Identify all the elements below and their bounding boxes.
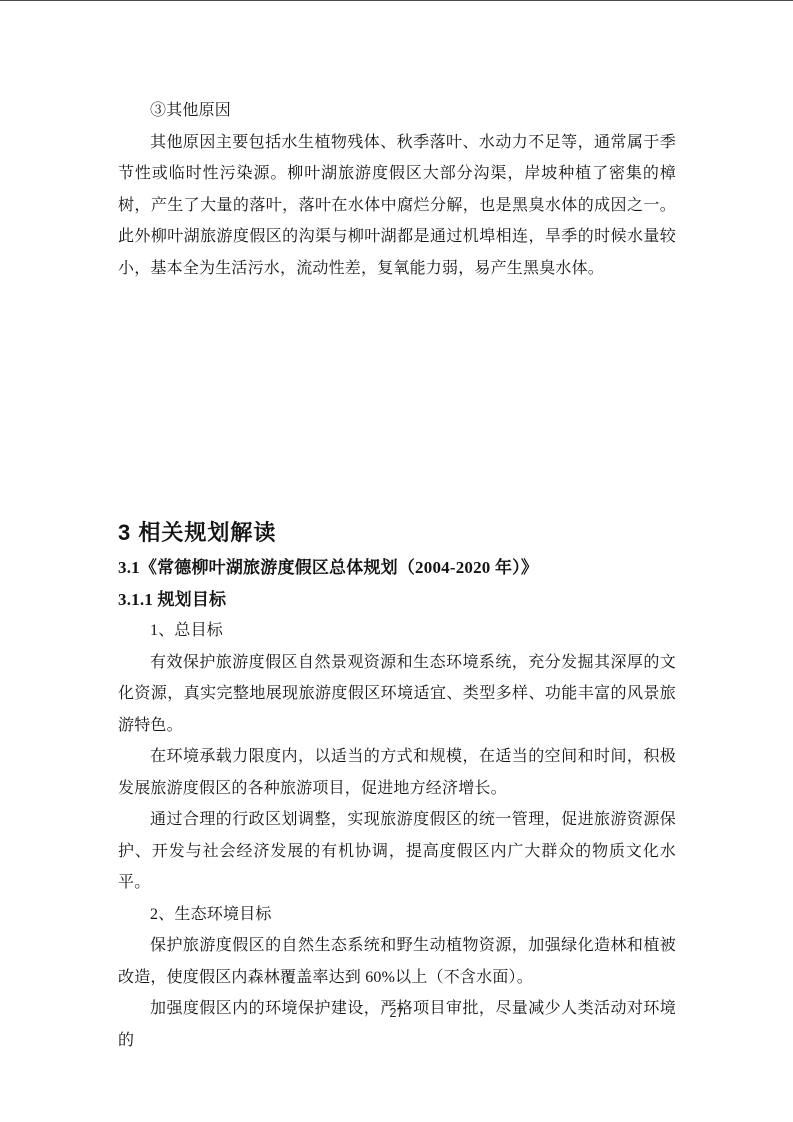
goal-1-paragraph-3: 通过合理的行政区划调整，实现旅游度假区的统一管理，促进旅游资源保护、开发与社会经… <box>118 804 676 899</box>
subheading-other-causes: ③其他原因 <box>118 95 676 127</box>
goal-1-label: 1、总目标 <box>118 615 676 647</box>
section-3-1-1-heading: 3.1.1 规划目标 <box>118 584 676 616</box>
goal-2-paragraph-2: 加强度假区内的环境保护建设，严格项目审批，尽量减少人类活动对环境的 <box>118 993 676 1056</box>
document-page: ③其他原因 其他原因主要包括水生植物残体、秋季落叶、水动力不足等，通常属于季节性… <box>0 0 793 1122</box>
goal-2-paragraph-1: 保护旅游度假区的自然生态系统和野生动植物资源，加强绿化造林和植被改造，使度假区内… <box>118 930 676 993</box>
paragraph-other-causes: 其他原因主要包括水生植物残体、秋季落叶、水动力不足等，通常属于季节性或临时性污染… <box>118 127 676 285</box>
page-top-edge-line <box>0 0 793 1</box>
page-content: ③其他原因 其他原因主要包括水生植物残体、秋季落叶、水动力不足等，通常属于季节性… <box>118 95 676 1056</box>
goal-1-paragraph-2: 在环境承载力限度内，以适当的方式和规模，在适当的空间和时间，积极发展旅游度假区的… <box>118 741 676 804</box>
goal-1-paragraph-1: 有效保护旅游度假区自然景观资源和生态环境系统，充分发掘其深厚的文化资源，真实完整… <box>118 647 676 742</box>
page-footer: 27 <box>0 1006 793 1020</box>
page-number: 27 <box>390 1006 404 1020</box>
goal-2-label: 2、生态环境目标 <box>118 899 676 931</box>
section-3-heading: 3 相关规划解读 <box>118 518 676 548</box>
section-3-1-heading: 3.1《常德柳叶湖旅游度假区总体规划（2004-2020 年）》 <box>118 552 676 584</box>
